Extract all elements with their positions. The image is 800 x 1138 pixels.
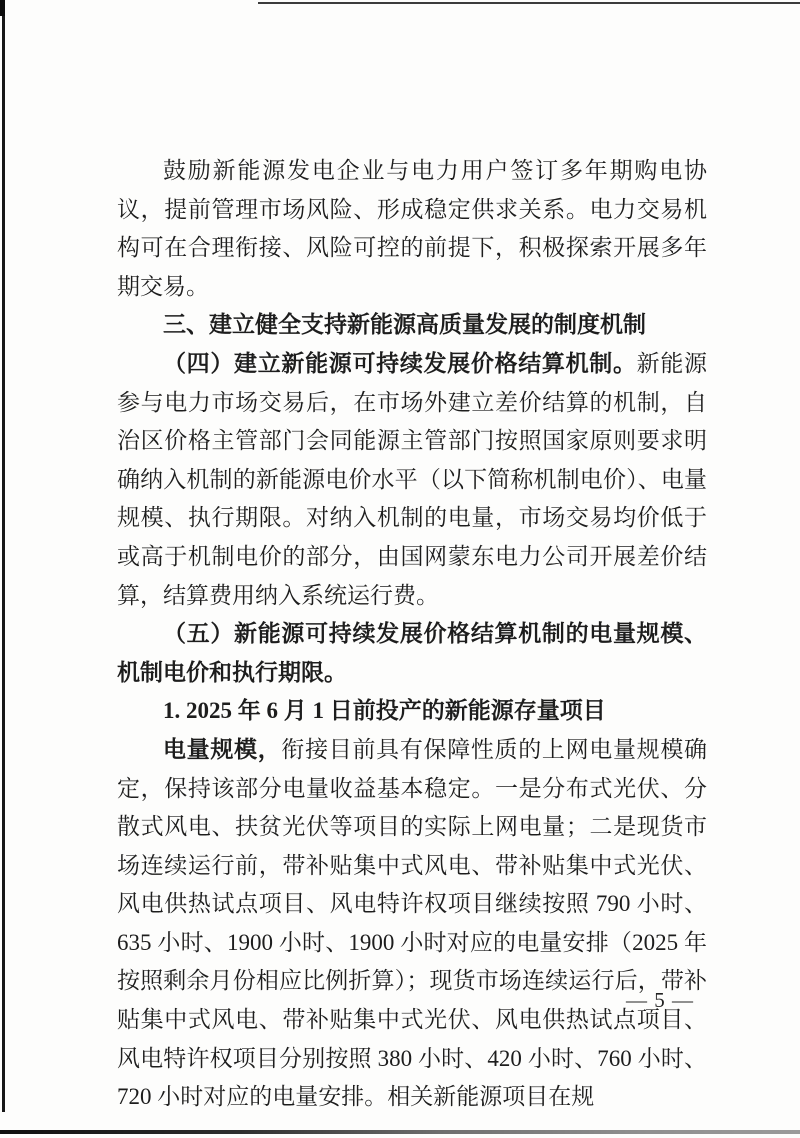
- paragraph-item-four-lead: （四）建立新能源可持续发展价格结算机制。: [163, 351, 637, 376]
- document-body: 鼓励新能源发电企业与电力用户签订多年期购电协议，提前管理市场风险、形成稳定供求关…: [117, 152, 707, 1117]
- paragraph-multi-year-trading: 鼓励新能源发电企业与电力用户签订多年期购电协议，提前管理市场风险、形成稳定供求关…: [117, 152, 707, 306]
- scan-artifact-left-edge: [2, 0, 5, 1112]
- scan-artifact-bottom-edge: [0, 1130, 800, 1134]
- scanned-document-page: 鼓励新能源发电企业与电力用户签订多年期购电协议，提前管理市场风险、形成稳定供求关…: [0, 0, 800, 1138]
- paragraph-electricity-scale: 电量规模，衔接目前具有保障性质的上网电量规模确定，保持该部分电量收益基本稳定。一…: [117, 731, 707, 1117]
- section-heading-three: 三、建立健全支持新能源高质量发展的制度机制: [117, 306, 707, 345]
- page-number: — 5 —: [626, 988, 716, 1013]
- paragraph-electricity-scale-body: 衔接目前具有保障性质的上网电量规模确定，保持该部分电量收益基本稳定。一是分布式光…: [117, 737, 707, 1109]
- paragraph-item-four: （四）建立新能源可持续发展价格结算机制。新能源参与电力市场交易后，在市场外建立差…: [117, 345, 707, 615]
- paragraph-item-five: （五）新能源可持续发展价格结算机制的电量规模、机制电价和执行期限。: [117, 615, 707, 692]
- scan-artifact-top-edge: [258, 2, 800, 4]
- paragraph-item-four-body: 新能源参与电力市场交易后，在市场外建立差价结算的机制，自治区价格主管部门会同能源…: [117, 351, 707, 608]
- subsection-heading-one: 1. 2025 年 6 月 1 日前投产的新能源存量项目: [117, 692, 707, 731]
- paragraph-electricity-scale-lead: 电量规模，: [163, 737, 281, 762]
